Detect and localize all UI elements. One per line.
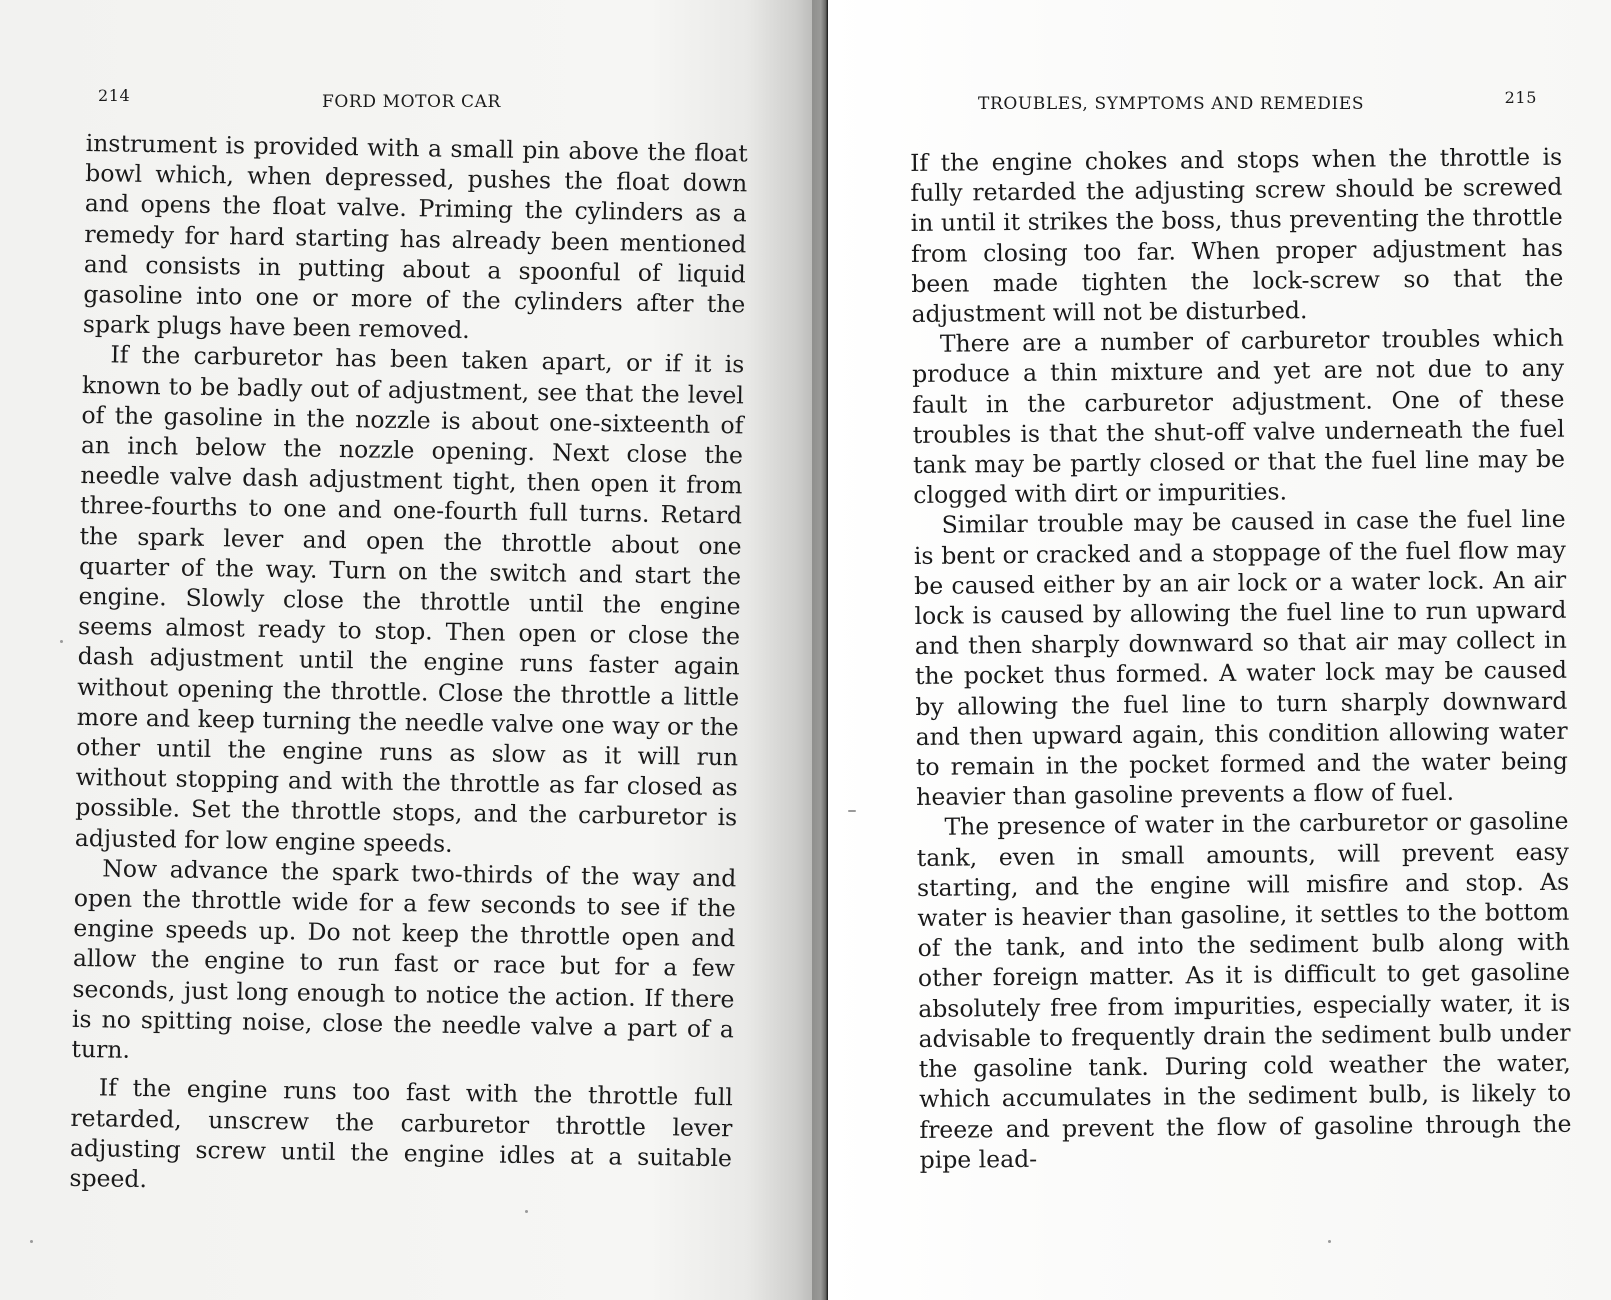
- right-page: TROUBLES, SYMPTOMS AND REMEDIES 215 If t…: [828, 0, 1611, 1300]
- right-body-text: If the engine chokes and stops when the …: [910, 142, 1572, 1175]
- page-number: 215: [1505, 88, 1537, 107]
- paragraph: instrument is provided with a small pin …: [83, 128, 748, 350]
- paragraph: Now advance the spark two-thirds of the …: [71, 853, 736, 1075]
- paragraph: The presence of water in the carburetor …: [916, 806, 1571, 1175]
- scan-speck: [848, 810, 856, 812]
- paragraph: If the engine chokes and stops when the …: [910, 142, 1564, 329]
- page-number: 214: [98, 86, 130, 105]
- scan-speck: [525, 1210, 528, 1213]
- right-running-head: TROUBLES, SYMPTOMS AND REMEDIES 215: [878, 86, 1571, 130]
- scan-speck: [30, 1240, 33, 1243]
- scan-speck: [60, 640, 63, 643]
- running-head-title: FORD MOTOR CAR: [322, 92, 501, 112]
- scan-speck: [1328, 1240, 1331, 1243]
- left-body-text: instrument is provided with a small pin …: [69, 128, 748, 1203]
- book-spread: 214 FORD MOTOR CAR instrument is provide…: [0, 0, 1611, 1300]
- paragraph: Similar trouble may be caused in case th…: [913, 504, 1568, 812]
- left-running-head: 214 FORD MOTOR CAR: [74, 78, 752, 122]
- paragraph: If the carburetor has been taken apart, …: [75, 339, 745, 863]
- left-page: 214 FORD MOTOR CAR instrument is provide…: [0, 0, 812, 1300]
- paragraph: If the engine runs too fast with the thr…: [69, 1072, 733, 1203]
- running-head-title: TROUBLES, SYMPTOMS AND REMEDIES: [978, 94, 1364, 114]
- book-gutter: [812, 0, 828, 1300]
- paragraph: There are a number of carburetor trouble…: [912, 323, 1566, 510]
